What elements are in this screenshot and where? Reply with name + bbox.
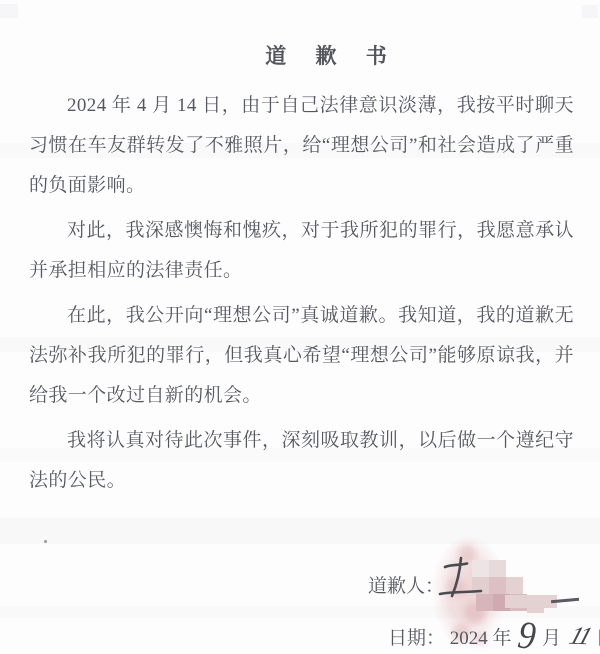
date-day-unit: 日 bbox=[596, 628, 600, 649]
date-day-handwritten: 11 bbox=[565, 623, 595, 652]
scan-corner-artifact bbox=[0, 4, 18, 18]
apology-letter-scan: 道 歉 书 2024 年 4 月 14 日，由于自己法律意识淡薄，我按平时聊天习… bbox=[0, 0, 600, 654]
paragraph-promise: 我将认真对待此次事件，深刻吸取教训，以后做一个遵纪守法的公民。 bbox=[29, 421, 574, 501]
mosaic-pixel bbox=[506, 577, 523, 594]
signatory-row: 道歉人： bbox=[368, 571, 444, 598]
date-row: 日期： 2024 年 9 月 11 日 bbox=[388, 613, 600, 653]
date-label: 日期： bbox=[388, 628, 445, 649]
letter-body: 2024 年 4 月 14 日，由于自己法律意识淡薄，我按平时聊天习惯在车友群转… bbox=[0, 86, 600, 501]
signatory-label: 道歉人： bbox=[368, 576, 444, 597]
date-year: 2024 年 bbox=[450, 628, 512, 649]
date-month-unit: 月 bbox=[542, 628, 561, 649]
signature-block: 道歉人： 日期： 2024 年 9 月 11 日 bbox=[0, 535, 600, 654]
mosaic-pixel bbox=[505, 595, 557, 608]
handwritten-signature bbox=[436, 555, 486, 603]
paragraph-apology: 在此，我公开向“理想公司”真诚道歉。我知道，我的道歉无法弥补我所犯的罪行，但我真… bbox=[29, 296, 574, 416]
mosaic-pixel bbox=[489, 577, 506, 594]
paragraph-incident: 2024 年 4 月 14 日，由于自己法律意识淡薄，我按平时聊天习惯在车友群转… bbox=[29, 86, 574, 206]
paragraph-remorse: 对此，我深感懊悔和愧疚，对于我所犯的罪行，我愿意承认并承担相应的法律责任。 bbox=[29, 211, 574, 291]
document-title: 道 歉 书 bbox=[32, 0, 600, 70]
mosaic-pixel bbox=[489, 560, 506, 577]
date-month-handwritten: 9 bbox=[516, 613, 540, 654]
